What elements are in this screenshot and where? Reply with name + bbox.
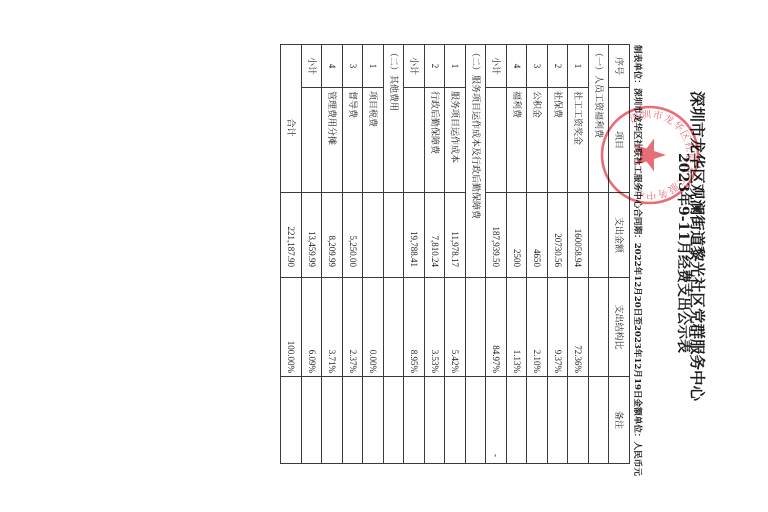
item-number: 2 xyxy=(425,45,446,88)
scanned-document-page: 深圳市龙华区观澜街道黎光社区党群服务中心 2023年9-11月经费支出公示表 制… xyxy=(0,0,768,512)
header-amount: 支出金额 xyxy=(609,193,630,278)
table-row: 1社工工资奖金160058.9472.36% xyxy=(568,45,589,464)
section-row: （二）服务项目运作成本及行政后勤保障费 xyxy=(466,45,487,464)
note-cell xyxy=(466,377,487,464)
item-number: 3 xyxy=(343,45,364,88)
subtotal-label: 小计 xyxy=(302,45,323,88)
amount-cell xyxy=(384,193,405,278)
total-row: 合计221,187.90100.00% xyxy=(281,45,302,464)
item-ratio: 3.71% xyxy=(322,278,343,377)
subtotal-ratio: 6.09% xyxy=(302,278,323,377)
item-note xyxy=(343,377,364,464)
note-cell xyxy=(404,377,425,464)
item-ratio: 3.53% xyxy=(425,278,446,377)
table-row: 3公积金46502.10% xyxy=(527,45,548,464)
item-ratio: 9.37% xyxy=(548,278,569,377)
section-label: （二）其他费用 xyxy=(384,45,405,193)
section-row: （二）其他费用 xyxy=(384,45,405,464)
item-ratio: 2.10% xyxy=(527,278,548,377)
amount-cell xyxy=(589,193,610,278)
subtotal-amount: 13,459.99 xyxy=(302,193,323,278)
note-cell xyxy=(302,377,323,464)
item-cell xyxy=(486,88,507,193)
item-name: 社保费 xyxy=(548,88,569,193)
item-name: 管理费用分摊 xyxy=(322,88,343,193)
item-amount xyxy=(363,193,384,278)
ratio-cell xyxy=(466,278,487,377)
note-cell xyxy=(384,377,405,464)
total-amount: 221,187.90 xyxy=(281,193,302,278)
subtotal-amount: 19,788.41 xyxy=(404,193,425,278)
item-number: 1 xyxy=(445,45,466,88)
total-ratio: 100.00% xyxy=(281,278,302,377)
item-ratio: 5.42% xyxy=(445,278,466,377)
item-ratio: 72.36% xyxy=(568,278,589,377)
table-header-row: 序号 项目 支出金额 支出结构比 备注 xyxy=(609,45,630,464)
item-name: 社工工资奖金 xyxy=(568,88,589,193)
item-number: 2 xyxy=(548,45,569,88)
contract-period: 2022年12月20日至2023年12月19日 xyxy=(632,243,642,399)
contract-label: 合同期： xyxy=(632,208,642,242)
unit-name: 深圳市龙华区社联社工服务中心 xyxy=(632,88,642,208)
item-name: 福利费 xyxy=(507,88,528,193)
item-name: 行政后勤保障费 xyxy=(425,88,446,193)
item-ratio: 1.13% xyxy=(507,278,528,377)
table-row: 4管理费用分摊8,209.993.71% xyxy=(322,45,343,464)
item-amount: 7,810.24 xyxy=(425,193,446,278)
item-amount: 5,250.00 xyxy=(343,193,364,278)
item-note xyxy=(507,377,528,464)
unit-and-contract: 制表单位：深圳市龙华区社联社工服务中心合同期：2022年12月20日至2023年… xyxy=(632,45,642,399)
note-cell: - xyxy=(486,377,507,464)
header-item: 项目 xyxy=(609,88,630,193)
ratio-cell xyxy=(589,278,610,377)
subtotal-ratio: 8.95% xyxy=(404,278,425,377)
table-row: 1项目税费0.00% xyxy=(363,45,384,464)
currency-label: 金额单位： xyxy=(632,399,642,442)
item-note xyxy=(527,377,548,464)
ratio-cell xyxy=(384,278,405,377)
item-cell xyxy=(404,88,425,193)
item-number: 4 xyxy=(507,45,528,88)
subtotal-row: 小计187,939.5084.97%- xyxy=(486,45,507,464)
section-label: （一）人员工资福利费 xyxy=(589,45,610,193)
header-note: 备注 xyxy=(609,377,630,464)
header-ratio: 支出结构比 xyxy=(609,278,630,377)
table-row: 3督导费5,250.002.37% xyxy=(343,45,364,464)
item-ratio: 2.37% xyxy=(343,278,364,377)
item-cell xyxy=(302,88,323,193)
expense-table: 序号 项目 支出金额 支出结构比 备注 （一）人员工资福利费1社工工资奖金160… xyxy=(281,44,631,464)
document-subtitle: 2023年9-11月经费支出公示表 xyxy=(675,0,690,506)
table-row: 2社保费20730.569.37% xyxy=(548,45,569,464)
item-name: 项目税费 xyxy=(363,88,384,193)
item-amount: 20730.56 xyxy=(548,193,569,278)
table-row: 4福利费25001.13% xyxy=(507,45,528,464)
header-no: 序号 xyxy=(609,45,630,88)
item-note xyxy=(363,377,384,464)
currency-unit: 金额单位：人民币元 xyxy=(632,399,642,476)
total-label: 合计 xyxy=(281,45,302,193)
subtotal-ratio: 84.97% xyxy=(486,278,507,377)
item-amount: 11,978.17 xyxy=(445,193,466,278)
subtotal-label: 小计 xyxy=(404,45,425,88)
subtotal-amount: 187,939.50 xyxy=(486,193,507,278)
section-row: （一）人员工资福利费 xyxy=(589,45,610,464)
subtotal-label: 小计 xyxy=(486,45,507,88)
item-ratio: 0.00% xyxy=(363,278,384,377)
item-amount: 2500 xyxy=(507,193,528,278)
note-cell xyxy=(281,377,302,464)
item-note xyxy=(425,377,446,464)
table-row: 1服务项目运作成本11,978.175.42% xyxy=(445,45,466,464)
document-info-line: 制表单位：深圳市龙华区社联社工服务中心合同期：2022年12月20日至2023年… xyxy=(632,45,642,463)
item-name: 服务项目运作成本 xyxy=(445,88,466,193)
item-note xyxy=(568,377,589,464)
table-row: 2行政后勤保障费7,810.243.53% xyxy=(425,45,446,464)
item-note xyxy=(445,377,466,464)
item-number: 1 xyxy=(568,45,589,88)
item-amount: 160058.94 xyxy=(568,193,589,278)
note-cell xyxy=(589,377,610,464)
item-number: 1 xyxy=(363,45,384,88)
item-note xyxy=(322,377,343,464)
item-number: 3 xyxy=(527,45,548,88)
item-name: 督导费 xyxy=(343,88,364,193)
document-title: 深圳市龙华区观澜街道黎光社区党群服务中心 xyxy=(689,0,705,492)
currency-value: 人民币元 xyxy=(632,442,642,476)
item-name: 公积金 xyxy=(527,88,548,193)
subtotal-row: 小计13,459.996.09% xyxy=(302,45,323,464)
item-note xyxy=(548,377,569,464)
expense-table-body: （一）人员工资福利费1社工工资奖金160058.9472.36%2社保费2073… xyxy=(281,45,609,464)
unit-label: 制表单位： xyxy=(632,45,642,88)
item-amount: 8,209.99 xyxy=(322,193,343,278)
subtotal-row: 小计19,788.418.95% xyxy=(404,45,425,464)
section-label: （二）服务项目运作成本及行政后勤保障费 xyxy=(466,45,487,278)
item-amount: 4650 xyxy=(527,193,548,278)
item-number: 4 xyxy=(322,45,343,88)
